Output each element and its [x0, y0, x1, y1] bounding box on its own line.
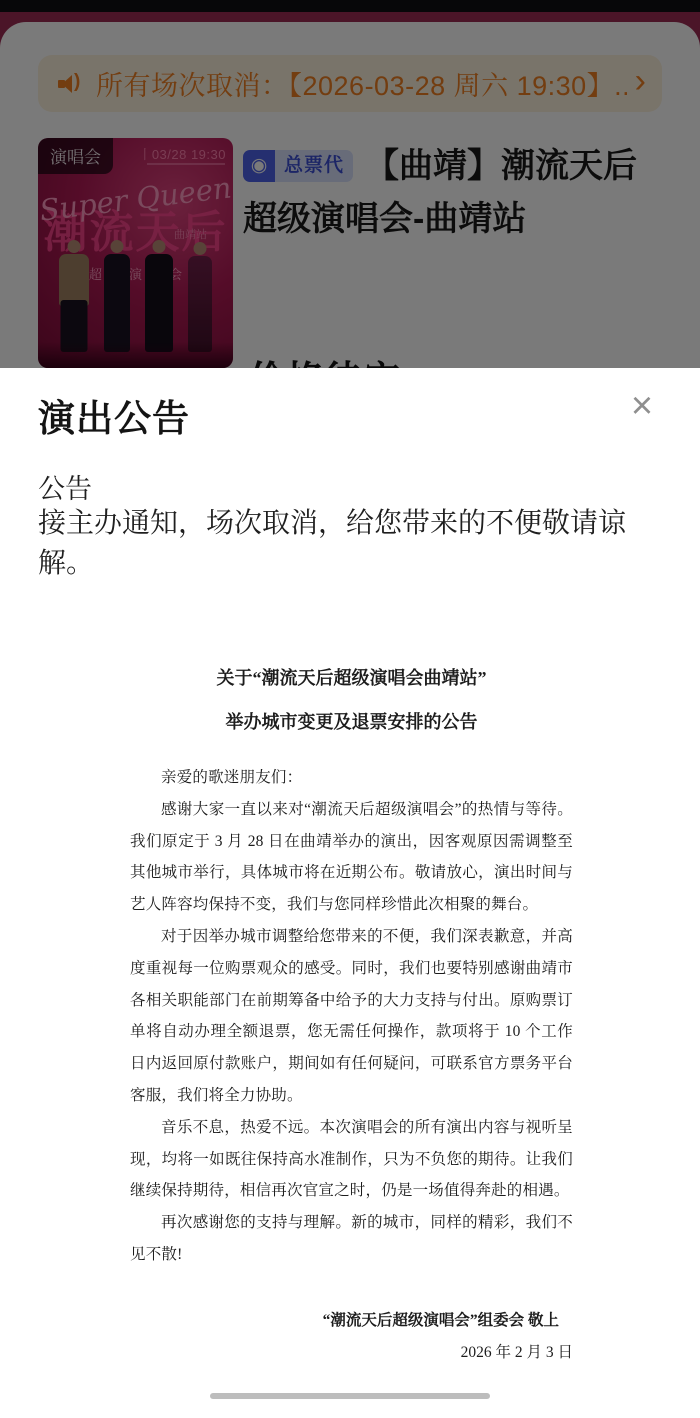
document-heading-line1: 关于“潮流天后超级演唱会曲靖站”	[130, 656, 573, 700]
announcement-summary: 接主办通知，场次取消，给您带来的不便敬请谅解。	[38, 503, 666, 583]
document-heading-line2: 举办城市变更及退票安排的公告	[130, 700, 573, 744]
modal-title: 演出公告	[38, 388, 190, 442]
document-salutation: 亲爱的歌迷朋友们：	[130, 762, 573, 794]
modal-scrim[interactable]	[0, 0, 700, 368]
announcement-modal: 演出公告 × 公告 接主办通知，场次取消，给您带来的不便敬请谅解。 关于“潮流天…	[0, 368, 700, 1418]
announcement-section-label: 公告	[38, 467, 92, 506]
home-indicator[interactable]	[210, 1393, 490, 1399]
document-date: 2026 年 2 月 3 日	[130, 1337, 573, 1369]
document-paragraph: 对于因举办城市调整给您带来的不便，我们深表歉意，并高度重视每一位购票观众的感受。…	[130, 921, 573, 1112]
app-screen: ) 所有场次取消：【2026-03-28 周六 19:30】... › 潮流天后…	[0, 0, 700, 1418]
document-signature: “潮流天后超级演唱会”组委会 敬上	[130, 1305, 573, 1337]
close-icon[interactable]: ×	[620, 384, 664, 428]
announcement-document: 关于“潮流天后超级演唱会曲靖站” 举办城市变更及退票安排的公告 亲爱的歌迷朋友们…	[130, 656, 573, 1368]
document-paragraph: 再次感谢您的支持与理解。新的城市，同样的精彩，我们不见不散!	[130, 1207, 573, 1271]
document-paragraph: 感谢大家一直以来对“潮流天后超级演唱会”的热情与等待。我们原定于 3 月 28 …	[130, 794, 573, 921]
document-paragraph: 音乐不息，热爱不远。本次演唱会的所有演出内容与视听呈现，均将一如既往保持高水准制…	[130, 1112, 573, 1207]
